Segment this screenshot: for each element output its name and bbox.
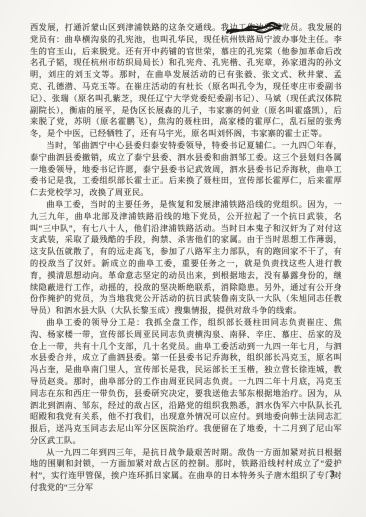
page-number: 3 xyxy=(330,470,335,480)
document-text: 西发展，打通沂蒙山区到津浦铁路的这条交通线。我边工作边发展党员。我发展的党员有：… xyxy=(30,22,342,494)
paragraph: 当时，邹曲泗宁中心县委归泰安特委领导，特委书记夏辅仁。一九四〇年春，泰宁曲泗县委… xyxy=(30,140,342,199)
paragraph: 曲阜工委，当时的主要任务，是恢复和发展津浦铁路沿线的党组织。因为，一九三九年，曲… xyxy=(30,199,342,317)
paragraph: 西发展，打通沂蒙山区到津浦铁路的这条交通线。我边工作边发展党员。我发展的党员有：… xyxy=(30,22,342,140)
paragraph: 从一九四二年到四三年，是抗日战争最艰苦时期。敌伪一方面加紧对抗日根据地的围剿和封… xyxy=(30,447,342,494)
paragraph: 曲阜工委的领导分工是：我抓全盘工作，组织部长聂柱田同志负责崔庄、焦沟、杨家楼一带… xyxy=(30,317,342,447)
